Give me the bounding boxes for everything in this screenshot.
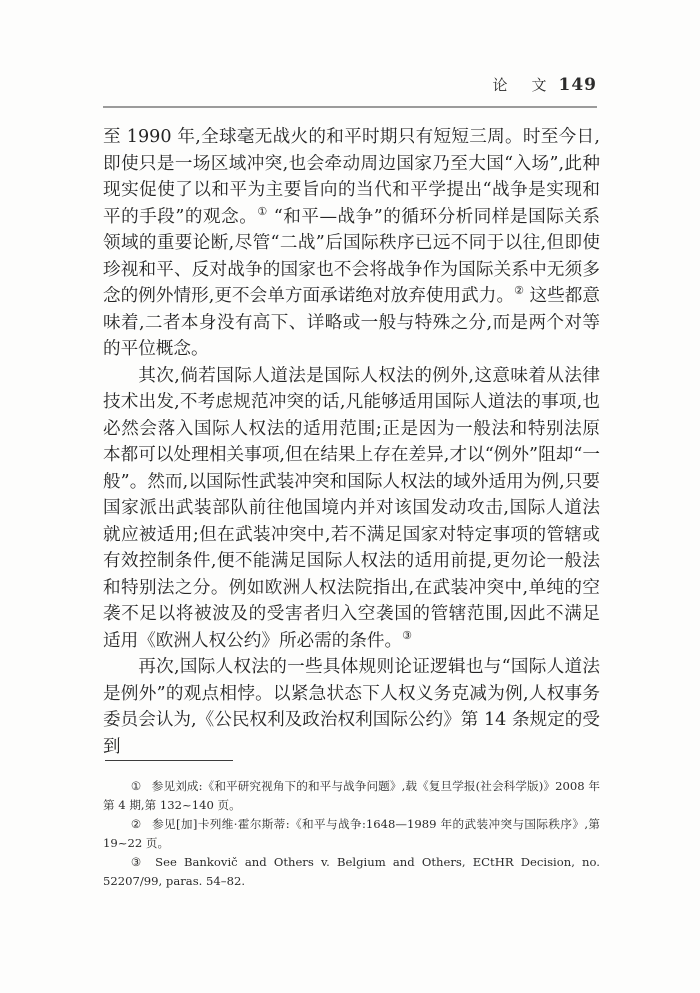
body-text: 至 1990 年,全球毫无战火的和平时期只有短短三周。时至今日,即使只是一场区域… [103, 124, 600, 760]
footnotes: ①参见刘成:《和平研究视角下的和平与战争问题》,载《复旦学报(社会科学版)》20… [103, 777, 600, 891]
running-head: 论 文 149 [492, 74, 597, 95]
page-number: 149 [559, 75, 598, 95]
body-paragraph: 至 1990 年,全球毫无战火的和平时期只有短短三周。时至今日,即使只是一场区域… [103, 124, 600, 363]
footnote-item: ③See Bankovič and Others v. Belgium and … [103, 853, 600, 891]
footnote-separator [105, 760, 233, 761]
body-paragraph: 其次,倘若国际人道法是国际人权法的例外,这意味着从法律技术出发,不考虑规范冲突的… [103, 363, 600, 655]
footnote-text: See Bankovič and Others v. Belgium and O… [103, 855, 600, 888]
footnote-item: ②参见[加]卡列维·霍尔斯蒂:《和平与战争:1648—1989 年的武装冲突与国… [103, 815, 600, 853]
footnote-marker: ③ [131, 855, 145, 869]
running-head-section-char-1: 论 [492, 74, 507, 95]
footnote-item: ①参见刘成:《和平研究视角下的和平与战争问题》,载《复旦学报(社会科学版)》20… [103, 777, 600, 815]
body-paragraph: 再次,国际人权法的一些具体规则论证逻辑也与“国际人道法是例外”的观点相悖。以紧急… [103, 654, 600, 760]
running-head-section-char-2: 文 [531, 74, 546, 95]
footnote-ref: ② [514, 284, 524, 297]
footnote-marker: ② [131, 817, 142, 831]
header-rule [103, 106, 597, 108]
footnote-marker: ① [131, 779, 142, 793]
footnote-text: 参见刘成:《和平研究视角下的和平与战争问题》,载《复旦学报(社会科学版)》200… [103, 779, 600, 812]
footnote-ref: ① [257, 205, 267, 218]
footnote-text: 参见[加]卡列维·霍尔斯蒂:《和平与战争:1648—1989 年的武装冲突与国际… [103, 817, 600, 850]
document-page: 论 文 149 至 1990 年,全球毫无战火的和平时期只有短短三周。时至今日,… [0, 0, 700, 993]
footnote-ref: ③ [402, 629, 412, 642]
